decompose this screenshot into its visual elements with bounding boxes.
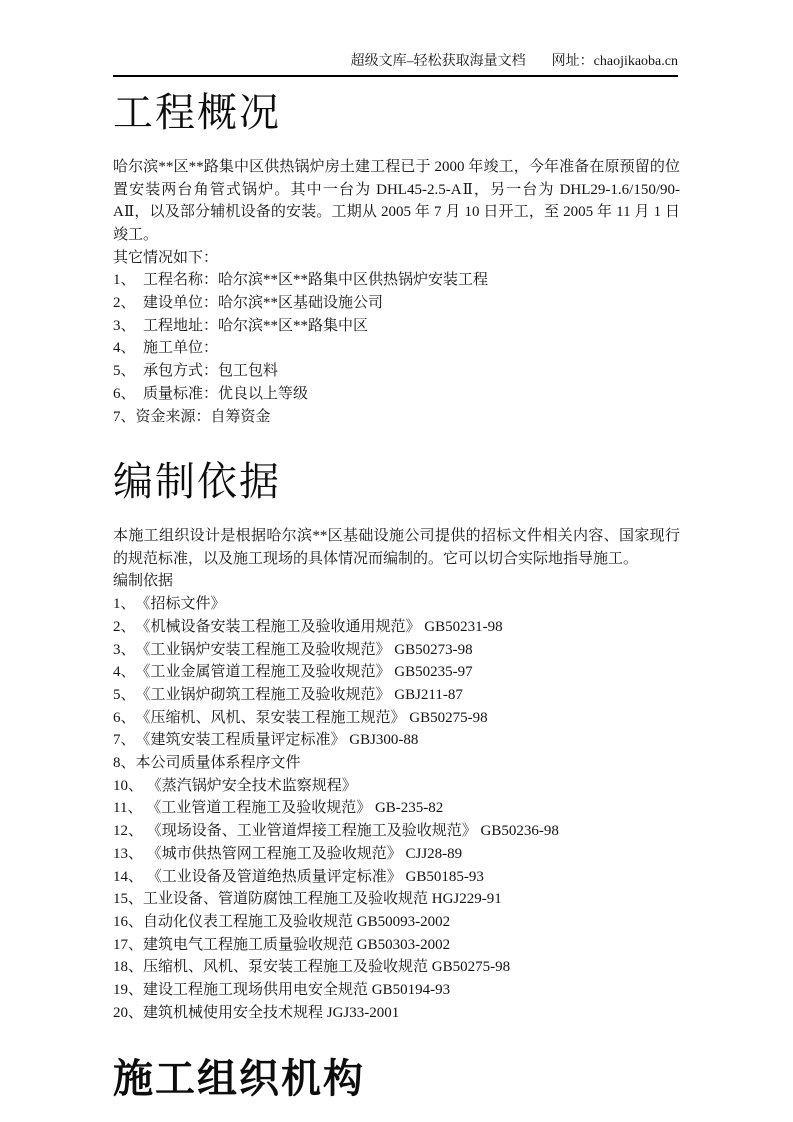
compilation-basis-intro: 本施工组织设计是根据哈尔滨**区基础设施公司提供的招标文件相关内容、国家现行的规… <box>113 525 680 570</box>
list-item: 20、建筑机械使用安全技术规程 JGJ33-2001 <box>113 1002 680 1025</box>
project-overview-intro: 哈尔滨**区**路集中区供热锅炉房土建工程已于 2000 年竣工，今年准备在原预… <box>113 156 680 247</box>
section-title-compilation-basis: 编制依据 <box>113 460 680 505</box>
list-item: 12、 《现场设备、工业管道焊接工程施工及验收规范》 GB50236-98 <box>113 820 680 843</box>
list-item: 2、 《机械设备安装工程施工及验收通用规范》 GB50231-98 <box>113 616 680 639</box>
section-title-construction-organization: 施工组织机构 <box>113 1057 680 1102</box>
header-url: 网址：chaojikaoba.cn <box>552 54 678 69</box>
list-item: 1、 工程名称：哈尔滨**区**路集中区供热锅炉安装工程 <box>113 269 680 292</box>
list-item: 13、 《城市供热管网工程施工及验收规范》 CJJ28-89 <box>113 843 680 866</box>
list-item: 18、压缩机、风机、泵安装工程施工及验收规范 GB50275-98 <box>113 956 680 979</box>
header-site-label: 超级文库–轻松获取海量文档 <box>351 54 526 69</box>
list-item: 8、本公司质量体系程序文件 <box>113 752 680 775</box>
list-item: 3、 工程地址：哈尔滨**区**路集中区 <box>113 315 680 338</box>
list-item: 11、 《工业管道工程施工及验收规范》 GB-235-82 <box>113 797 680 820</box>
list-item: 2、 建设单位：哈尔滨**区基础设施公司 <box>113 292 680 315</box>
list-item: 5、 承包方式：包工包料 <box>113 360 680 383</box>
list-item: 4、 施工单位： <box>113 337 680 360</box>
project-info-list: 1、 工程名称：哈尔滨**区**路集中区供热锅炉安装工程2、 建设单位：哈尔滨*… <box>113 269 680 428</box>
document-content: 工程概况 哈尔滨**区**路集中区供热锅炉房土建工程已于 2000 年竣工，今年… <box>113 91 680 1101</box>
list-item: 4、 《工业金属管道工程施工及验收规范》 GB50235-97 <box>113 661 680 684</box>
list-item: 6、 《压缩机、风机、泵安装工程施工规范》 GB50275-98 <box>113 707 680 730</box>
list-item: 7、资金来源：自筹资金 <box>113 406 680 429</box>
list-item: 3、 《工业锅炉安装工程施工及验收规范》 GB50273-98 <box>113 639 680 662</box>
project-overview-intro-tail: 其它情况如下： <box>113 247 680 270</box>
section-title-project-overview: 工程概况 <box>113 91 680 136</box>
list-item: 10、 《蒸汽锅炉安全技术监察规程》 <box>113 775 680 798</box>
list-item: 7、 《建筑安装工程质量评定标准》 GBJ300-88 <box>113 729 680 752</box>
compilation-basis-list: 1、 《招标文件》2、 《机械设备安装工程施工及验收通用规范》 GB50231-… <box>113 593 680 1024</box>
list-item: 16、自动化仪表工程施工及验收规范 GB50093-2002 <box>113 911 680 934</box>
list-item: 1、 《招标文件》 <box>113 593 680 616</box>
list-item: 5、 《工业锅炉砌筑工程施工及验收规范》 GBJ211-87 <box>113 684 680 707</box>
list-item: 6、 质量标准：优良以上等级 <box>113 383 680 406</box>
list-item: 14、 《工业设备及管道绝热质量评定标准》 GB50185-93 <box>113 866 680 889</box>
page-header: 超级文库–轻松获取海量文档网址：chaojikaoba.cn <box>113 0 678 77</box>
list-item: 15、工业设备、管道防腐蚀工程施工及验收规范 HGJ229-91 <box>113 888 680 911</box>
document-page: 超级文库–轻松获取海量文档网址：chaojikaoba.cn 工程概况 哈尔滨*… <box>0 0 793 1122</box>
list-item: 17、建筑电气工程施工质量验收规范 GB50303-2002 <box>113 934 680 957</box>
compilation-basis-subheading: 编制依据 <box>113 570 680 593</box>
list-item: 19、建设工程施工现场供用电安全规范 GB50194-93 <box>113 979 680 1002</box>
